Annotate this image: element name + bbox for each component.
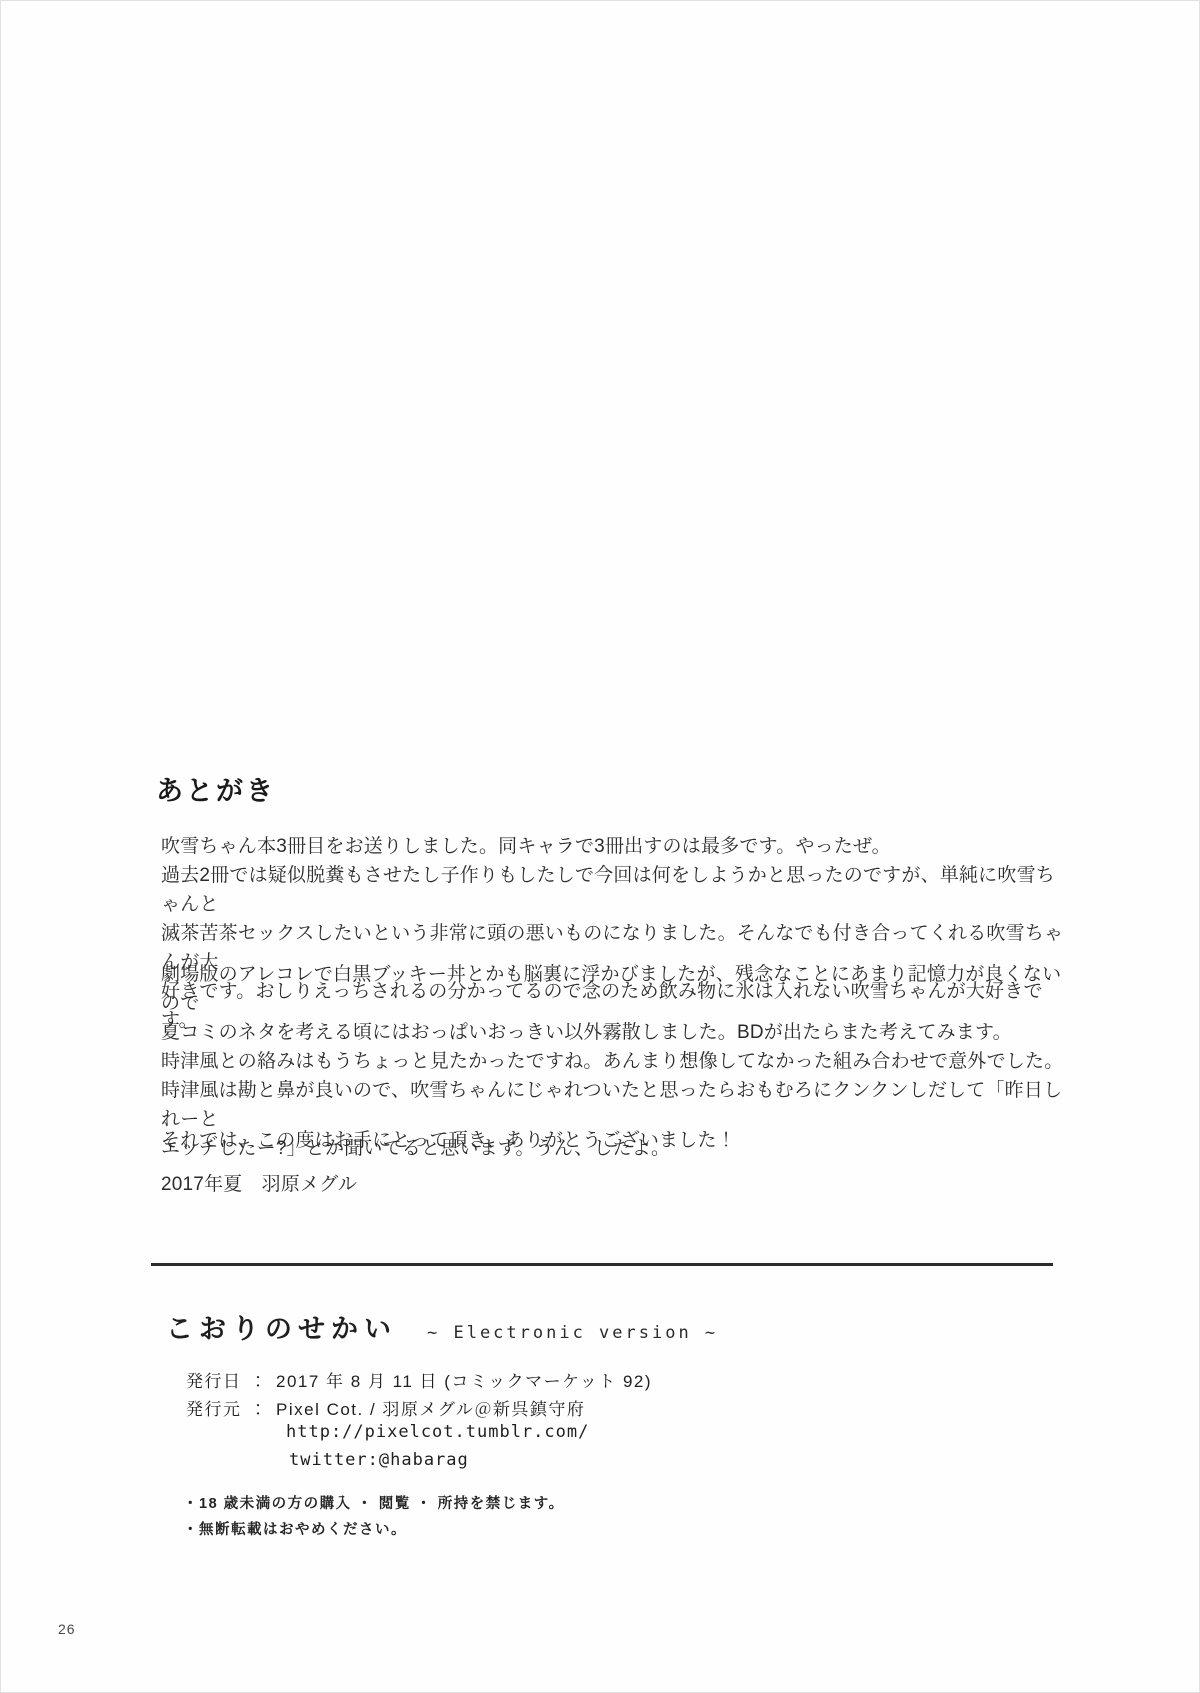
notice-no-reproduction: ・無断転載はおやめください。 <box>183 1517 565 1543</box>
edition-label: ~ Electronic version ~ <box>427 1323 718 1343</box>
twitter-handle: twitter:@habarag <box>289 1450 469 1470</box>
author-signature: 2017年夏 羽原メグル <box>161 1170 1066 1199</box>
horizontal-divider <box>151 1263 1053 1266</box>
page-number: 26 <box>58 1621 76 1637</box>
publisher-row: 発行元：Pixel Cot. / 羽原メグル＠新呉鎮守府 <box>186 1395 585 1420</box>
publish-date-label: 発行日 <box>186 1372 242 1391</box>
afterword-heading: あとがき <box>156 769 276 808</box>
publish-date-value: 2017 年 8 月 11 日 (コミックマーケット 92) <box>276 1372 652 1391</box>
publisher-label: 発行元 <box>186 1400 242 1419</box>
colophon-title-row: こおりのせかい ~ Electronic version ~ <box>166 1307 718 1346</box>
publish-date-row: 発行日：2017 年 8 月 11 日 (コミックマーケット 92) <box>186 1367 652 1392</box>
label-separator: ： <box>242 1400 277 1419</box>
label-separator: ： <box>242 1372 277 1391</box>
afterword-closing-line: それでは、この度はお手にとって頂き、ありがとうございました！ <box>161 1126 1066 1155</box>
book-title: こおりのせかい <box>166 1307 397 1346</box>
notice-age-restriction: ・18 歳未満の方の購入 ・ 閲覧 ・ 所持を禁じます。 <box>183 1491 565 1517</box>
scanned-afterword-page: あとがき 吹雪ちゃん本3冊目をお送りしました。同キャラで3冊出すのは最多です。や… <box>0 0 1200 1693</box>
website-url: http://pixelcot.tumblr.com/ <box>286 1422 589 1442</box>
legal-notices: ・18 歳未満の方の購入 ・ 閲覧 ・ 所持を禁じます。 ・無断転載はおやめくだ… <box>183 1491 565 1543</box>
publisher-value: Pixel Cot. / 羽原メグル＠新呉鎮守府 <box>276 1400 585 1419</box>
